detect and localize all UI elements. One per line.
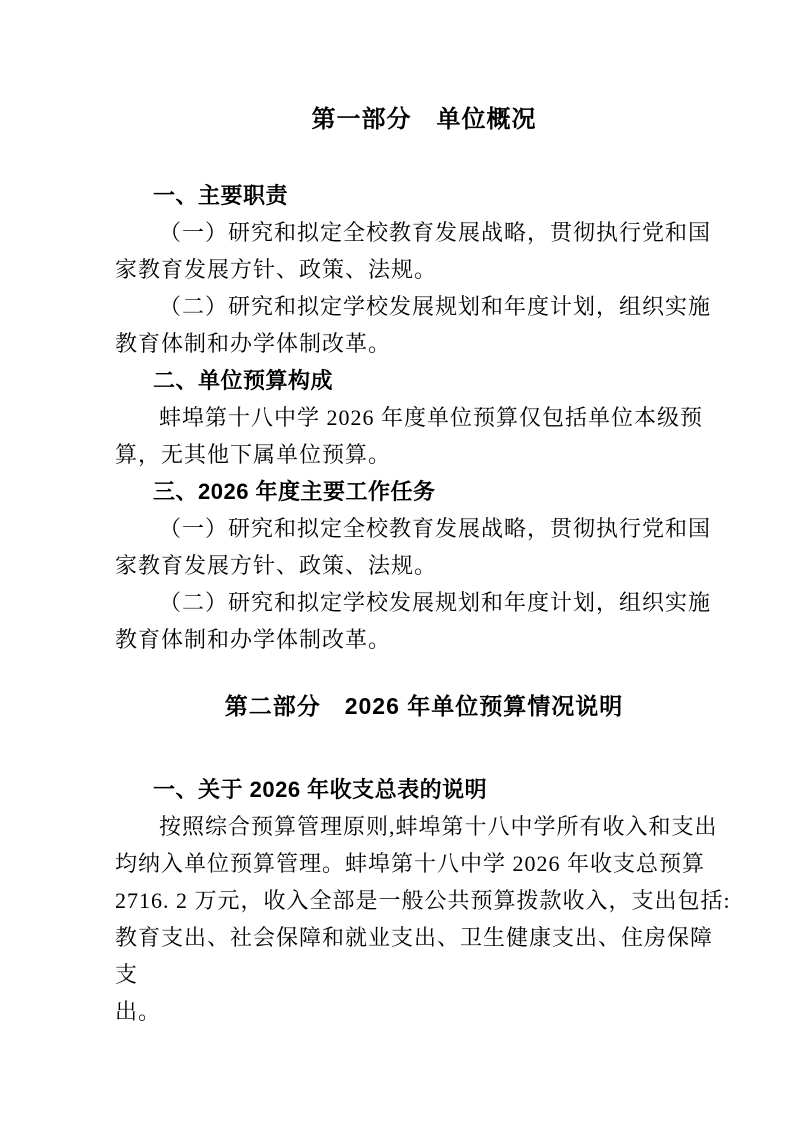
- part1-title: 第一部分 单位概况: [115, 101, 733, 138]
- part1-tasks-item2: （二）研究和拟定学校发展规划和年度计划，组织实施 教育体制和办学体制改革。: [115, 584, 733, 658]
- part2-income-expense-paragraph: 按照综合预算管理原则,蚌埠第十八中学所有收入和支出 均纳入单位预算管理。蚌埠第十…: [115, 808, 733, 1030]
- part1-heading-main-duties: 一、主要职责: [115, 177, 733, 214]
- part2-heading-income-expense-table: 一、关于 2026 年收支总表的说明: [115, 771, 733, 808]
- part1-budget-composition-paragraph: 蚌埠第十八中学 2026 年度单位预算仅包括单位本级预 算，无其他下属单位预算。: [115, 399, 733, 473]
- part1-heading-main-tasks: 三、2026 年度主要工作任务: [115, 473, 733, 510]
- part2-title: 第二部分 2026 年单位预算情况说明: [115, 688, 733, 725]
- part1-heading-budget-composition: 二、单位预算构成: [115, 362, 733, 399]
- document-page: 第一部分 单位概况 一、主要职责 （一）研究和拟定全校教育发展战略，贯彻执行党和…: [0, 0, 793, 1122]
- part1-tasks-item1: （一）研究和拟定全校教育发展战略，贯彻执行党和国 家教育发展方针、政策、法规。: [115, 510, 733, 584]
- part1-duties-item2: （二）研究和拟定学校发展规划和年度计划，组织实施 教育体制和办学体制改革。: [115, 288, 733, 362]
- part1-duties-item1: （一）研究和拟定全校教育发展战略，贯彻执行党和国 家教育发展方针、政策、法规。: [115, 214, 733, 288]
